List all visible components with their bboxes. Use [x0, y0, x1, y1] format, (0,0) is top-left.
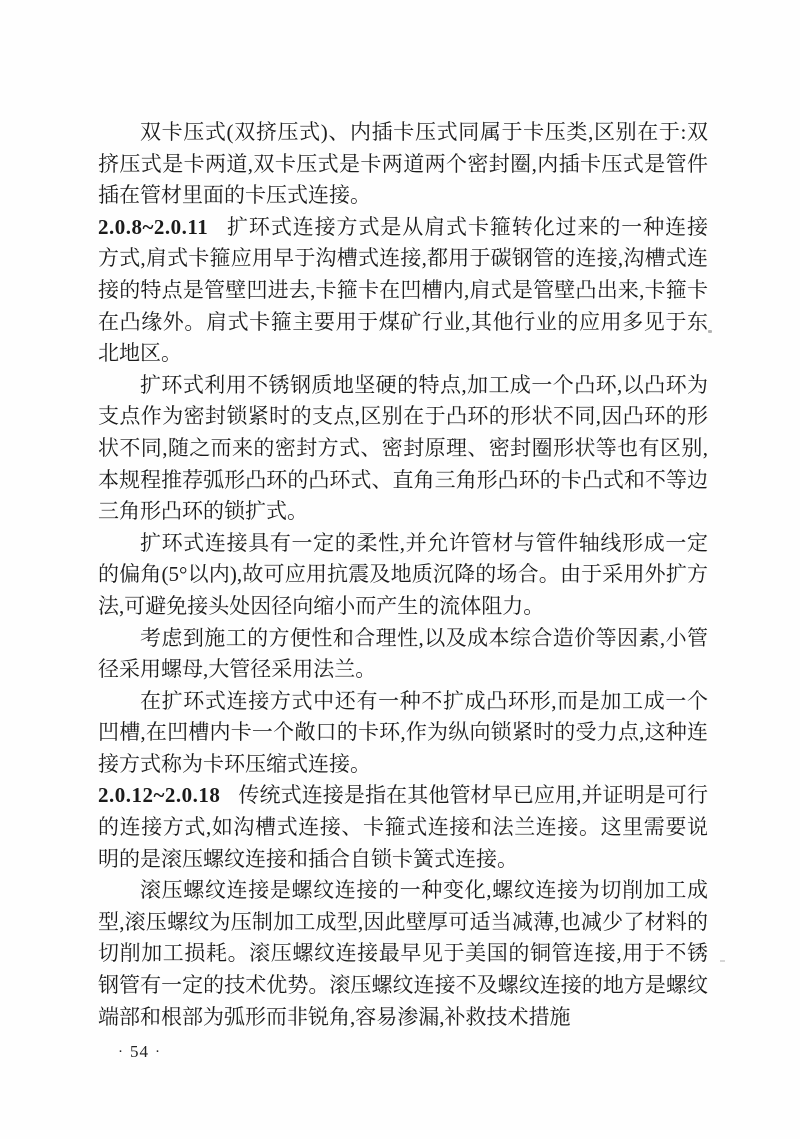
page-number-footer: ·54·	[112, 1042, 167, 1062]
section-number-label: 2.0.8~2.0.11	[98, 215, 208, 239]
page-number: 54	[130, 1042, 149, 1061]
paragraph-flexibility: 扩环式连接具有一定的柔性,并允许管材与管件轴线形成一定的偏角(5°以内),故可应…	[98, 528, 708, 623]
paragraph-text: 在扩环式连接方式中还有一种不扩成凸环形,而是加工成一个凹槽,在凹槽内卡一个敞口的…	[98, 689, 708, 776]
scan-speck	[708, 330, 712, 333]
scan-speck	[720, 960, 725, 962]
paragraph-expanded-ring-feature: 扩环式利用不锈钢质地坚硬的特点,加工成一个凸环,以凸环为支点作为密封锁紧时的支点…	[98, 370, 708, 528]
paragraph-rolled-thread: 滚压螺纹连接是螺纹连接的一种变化,螺纹连接为切削加工成型,滚压螺纹为压制加工成型…	[98, 875, 708, 1033]
document-body: 双卡压式(双挤压式)、内插卡压式同属于卡压类,区别在于:双挤压式是卡两道,双卡压…	[98, 117, 708, 1033]
paragraph-text: 考虑到施工的方便性和合理性,以及成本综合造价等因素,小管径采用螺母,大管径采用法…	[98, 626, 708, 682]
section-number-label: 2.0.12~2.0.18	[98, 783, 220, 807]
paragraph-text: 滚压螺纹连接是螺纹连接的一种变化,螺纹连接为切削加工成型,滚压螺纹为压制加工成型…	[98, 878, 708, 1028]
scanned-document-page: 双卡压式(双挤压式)、内插卡压式同属于卡压类,区别在于:双挤压式是卡两道,双卡压…	[0, 0, 800, 1139]
paragraph-cost-consideration: 考虑到施工的方便性和合理性,以及成本综合造价等因素,小管径采用螺母,大管径采用法…	[98, 623, 708, 686]
paragraph-text: 扩环式利用不锈钢质地坚硬的特点,加工成一个凸环,以凸环为支点作为密封锁紧时的支点…	[98, 373, 708, 523]
footer-left-dot: ·	[112, 1044, 130, 1060]
footer-right-dot: ·	[149, 1044, 167, 1060]
paragraph-groove-ring-variant: 在扩环式连接方式中还有一种不扩成凸环形,而是加工成一个凹槽,在凹槽内卡一个敞口的…	[98, 686, 708, 781]
paragraph-text: 双卡压式(双挤压式)、内插卡压式同属于卡压类,区别在于:双挤压式是卡两道,双卡压…	[98, 120, 708, 207]
paragraph-section-2-0-8: 2.0.8~2.0.11扩环式连接方式是从肩式卡箍转化过来的一种连接方式,肩式卡…	[98, 212, 708, 370]
paragraph-card-press-types: 双卡压式(双挤压式)、内插卡压式同属于卡压类,区别在于:双挤压式是卡两道,双卡压…	[98, 117, 708, 212]
paragraph-section-2-0-12: 2.0.12~2.0.18传统式连接是指在其他管材早已应用,并证明是可行的连接方…	[98, 780, 708, 875]
paragraph-text: 扩环式连接具有一定的柔性,并允许管材与管件轴线形成一定的偏角(5°以内),故可应…	[98, 531, 708, 618]
